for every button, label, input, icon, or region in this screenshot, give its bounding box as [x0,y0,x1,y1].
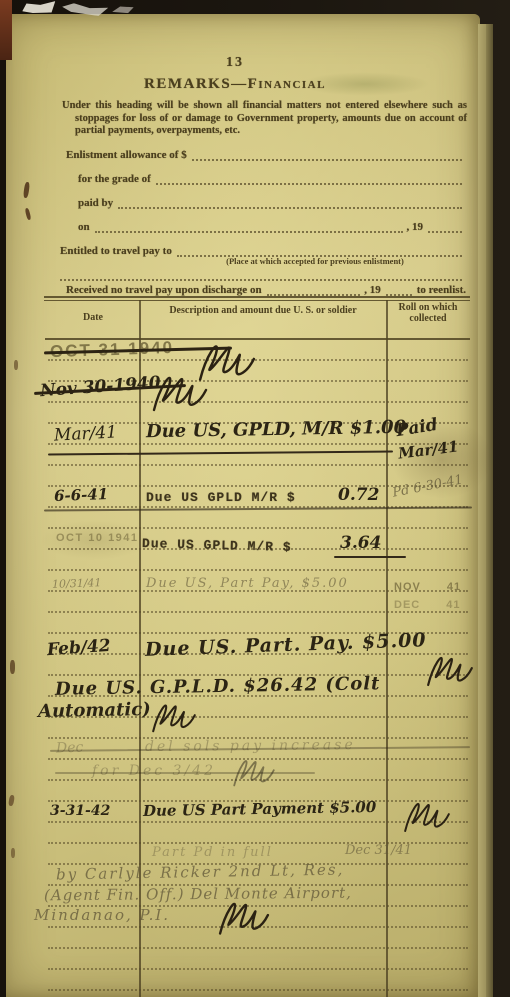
rust-mark [14,360,18,370]
roll-stamp-month: NOV [394,581,421,593]
initials-scribble [400,794,454,836]
scanned-record-page: 13 REMARKS—Financial Under this heading … [0,0,510,997]
entry-gpld-desc-line2: Automatic) [38,699,151,722]
rust-mark [11,848,15,858]
strike-line [55,772,315,774]
form-label: on [78,221,95,233]
initials-scribble [146,696,202,736]
form-line-no-travel-pay: Received no travel pay upon discharge on… [66,281,466,296]
table-top-rule2 [44,300,470,301]
entry-final-line0b: Dec 31/41 [345,843,412,858]
entry-final-line2: (Agent Fin. Off.) Del Monte Airport, [44,884,352,905]
entry-struck-line2: for Dec 3/42 [92,763,216,779]
entry-oct31-41-desc: Due US, Part Pay, $5.00 [146,576,349,591]
form-label: Enlistment allowance of $ [66,149,192,161]
roll-stamp-nov-41: NOV 41 [394,581,461,593]
entry-oct31-41-date: 10/31/41 [52,576,102,591]
initials-scribble [214,893,274,939]
initials-scribble [424,648,476,690]
entry-jun41-desc: Due US GPLD M/R $ [146,490,296,505]
entry-struck-date: Dec [56,740,84,757]
form-label: to reenlist. [412,284,466,296]
table-top-rule [44,296,470,298]
form-label: Received no travel pay upon discharge on [66,284,267,296]
table-row-rule [48,611,468,613]
blank-line [267,281,361,296]
blank-line [428,218,462,233]
table-row-rule [48,527,468,529]
table-row-rule [48,989,468,991]
blank-line [386,281,412,296]
table-row-rule [48,569,468,571]
form-line-paid-by: paid by [78,194,462,209]
entry-jun41-amount: 0.72 [338,485,379,505]
table-row-rule [48,947,468,949]
form-line-enlistment-allowance: Enlistment allowance of $ [66,146,462,161]
roll-stamp-year: 41 [424,599,460,611]
column-header-date: Date [48,312,138,323]
travel-pay-caption: (Place at which accepted for previous en… [170,256,460,266]
entry-jun41-date: 6-6-41 [54,485,109,505]
blank-line [60,266,462,281]
table-row-rule [48,401,468,403]
page-number: 13 [0,55,470,71]
initials-scribble [150,362,210,420]
column-header-roll: Roll on which collected [392,302,464,324]
rust-mark [10,660,15,674]
blank-line [156,170,462,185]
initials-scribble [230,752,278,790]
table-row-rule [48,968,468,970]
form-label: Entitled to travel pay to [60,245,177,257]
stacked-page-edge [486,24,493,997]
blank-line [177,242,462,257]
blank-line [118,194,462,209]
form-line-continuation [60,266,462,281]
year-prefix: , 19 [403,221,429,233]
roll-stamp-dec-41: DEC 41 [394,599,461,611]
entry-final-line3: Mindanao, P.I. [34,906,170,924]
table-row-rule [48,464,468,466]
entry-oct41-amount: 3.64 [340,533,381,553]
form-label: paid by [78,197,118,209]
year-prefix: , 19 [360,284,386,296]
form-label: for the grade of [78,173,156,185]
form-line-travel-pay: Entitled to travel pay to [60,242,462,257]
form-line-grade: for the grade of [78,170,462,185]
date-stamp-oct-10-1941: OCT 10 1941 [56,532,139,544]
blank-line [95,218,403,233]
form-line-on-date: on , 19 [78,218,462,233]
entry-mar42-date: 3-31-42 [50,803,110,819]
blank-line [192,146,462,161]
roll-stamp-year: 41 [425,581,461,593]
entry-mar41-date: Mar/41 [54,422,118,445]
page-title: REMARKS—Financial [0,76,470,93]
roll-stamp-month: DEC [394,599,420,611]
column-header-description: Description and amount due U. S. or sold… [150,305,376,316]
flourish-line [334,556,406,558]
intro-paragraph: Under this heading will be shown all fin… [62,100,467,138]
stacked-page-edge [478,24,486,997]
entry-final-line0a: Part Pd in full [152,845,273,860]
